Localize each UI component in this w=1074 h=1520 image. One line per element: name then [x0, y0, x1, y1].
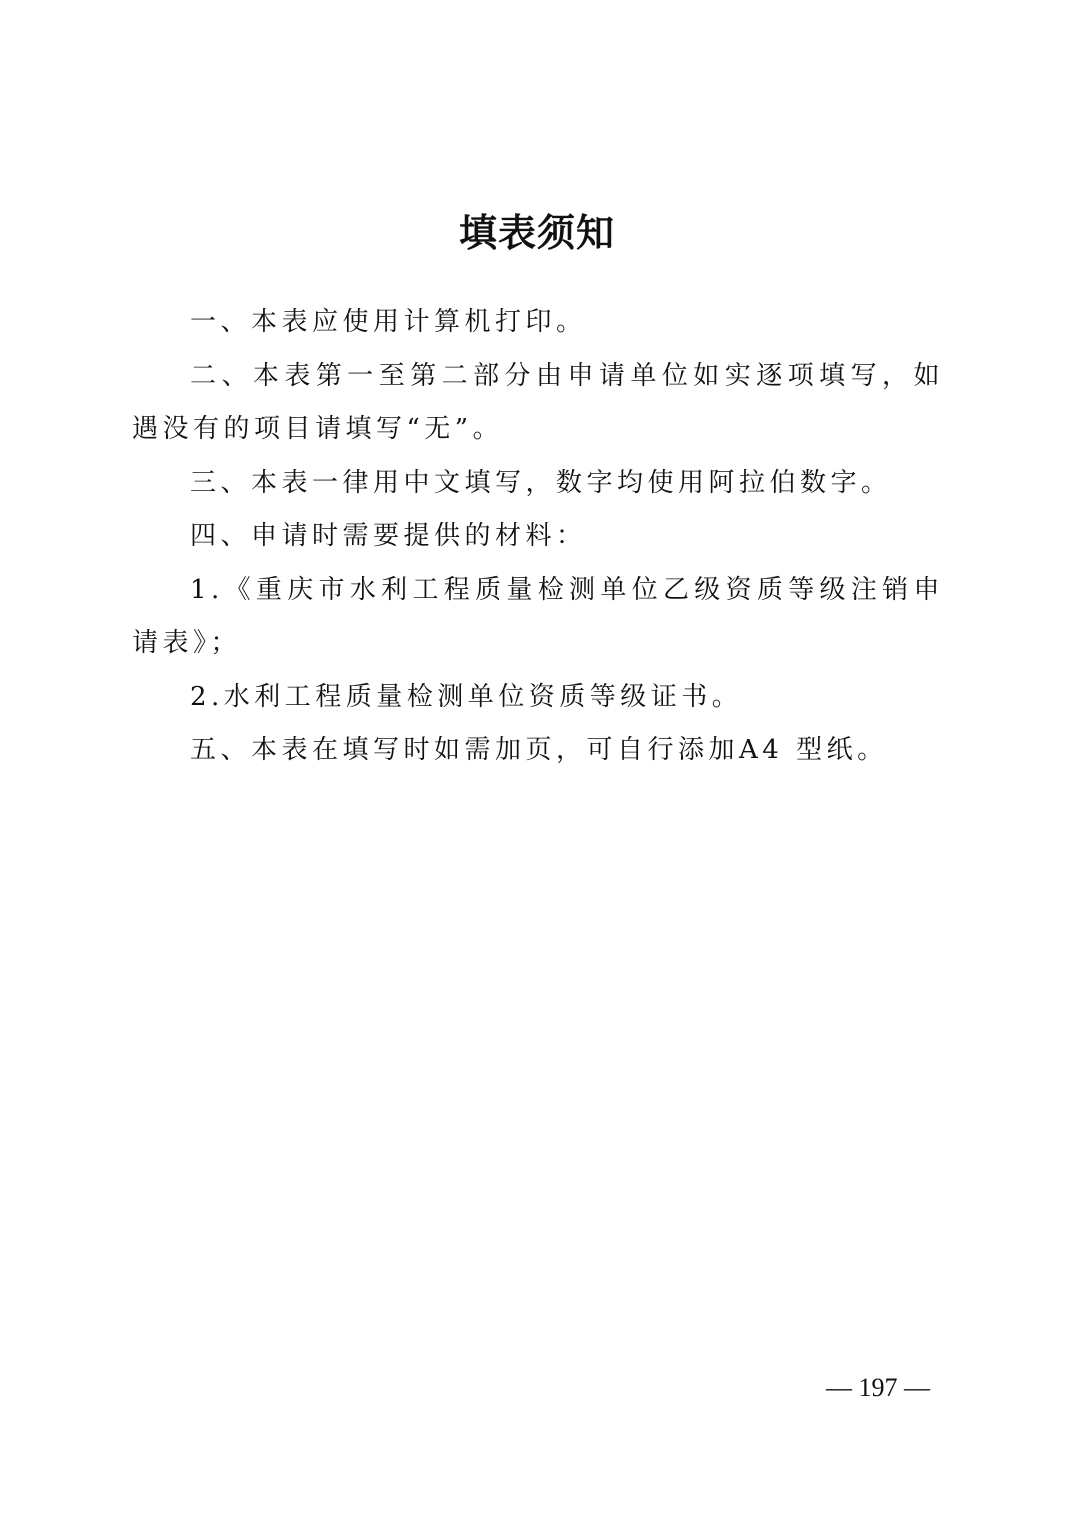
instruction-item-4: 四、申请时需要提供的材料：	[132, 510, 944, 564]
material-item-1: 1.《重庆市水利工程质量检测单位乙级资质等级注销申请表》；	[132, 564, 944, 671]
instruction-item-3: 三、本表一律用中文填写，数字均使用阿拉伯数字。	[132, 457, 944, 511]
material-item-2: 2.水利工程质量检测单位资质等级证书。	[132, 671, 944, 725]
page-title: 填表须知	[0, 205, 1074, 261]
instruction-item-2: 二、本表第一至第二部分由申请单位如实逐项填写，如遇没有的项目请填写“无”。	[132, 350, 944, 457]
instructions-body: 一、本表应使用计算机打印。 二、本表第一至第二部分由申请单位如实逐项填写，如遇没…	[132, 296, 944, 778]
instruction-item-1: 一、本表应使用计算机打印。	[132, 296, 944, 350]
page-number: — 197 —	[826, 1372, 930, 1404]
instruction-item-5: 五、本表在填写时如需加页，可自行添加A4 型纸。	[132, 724, 944, 778]
